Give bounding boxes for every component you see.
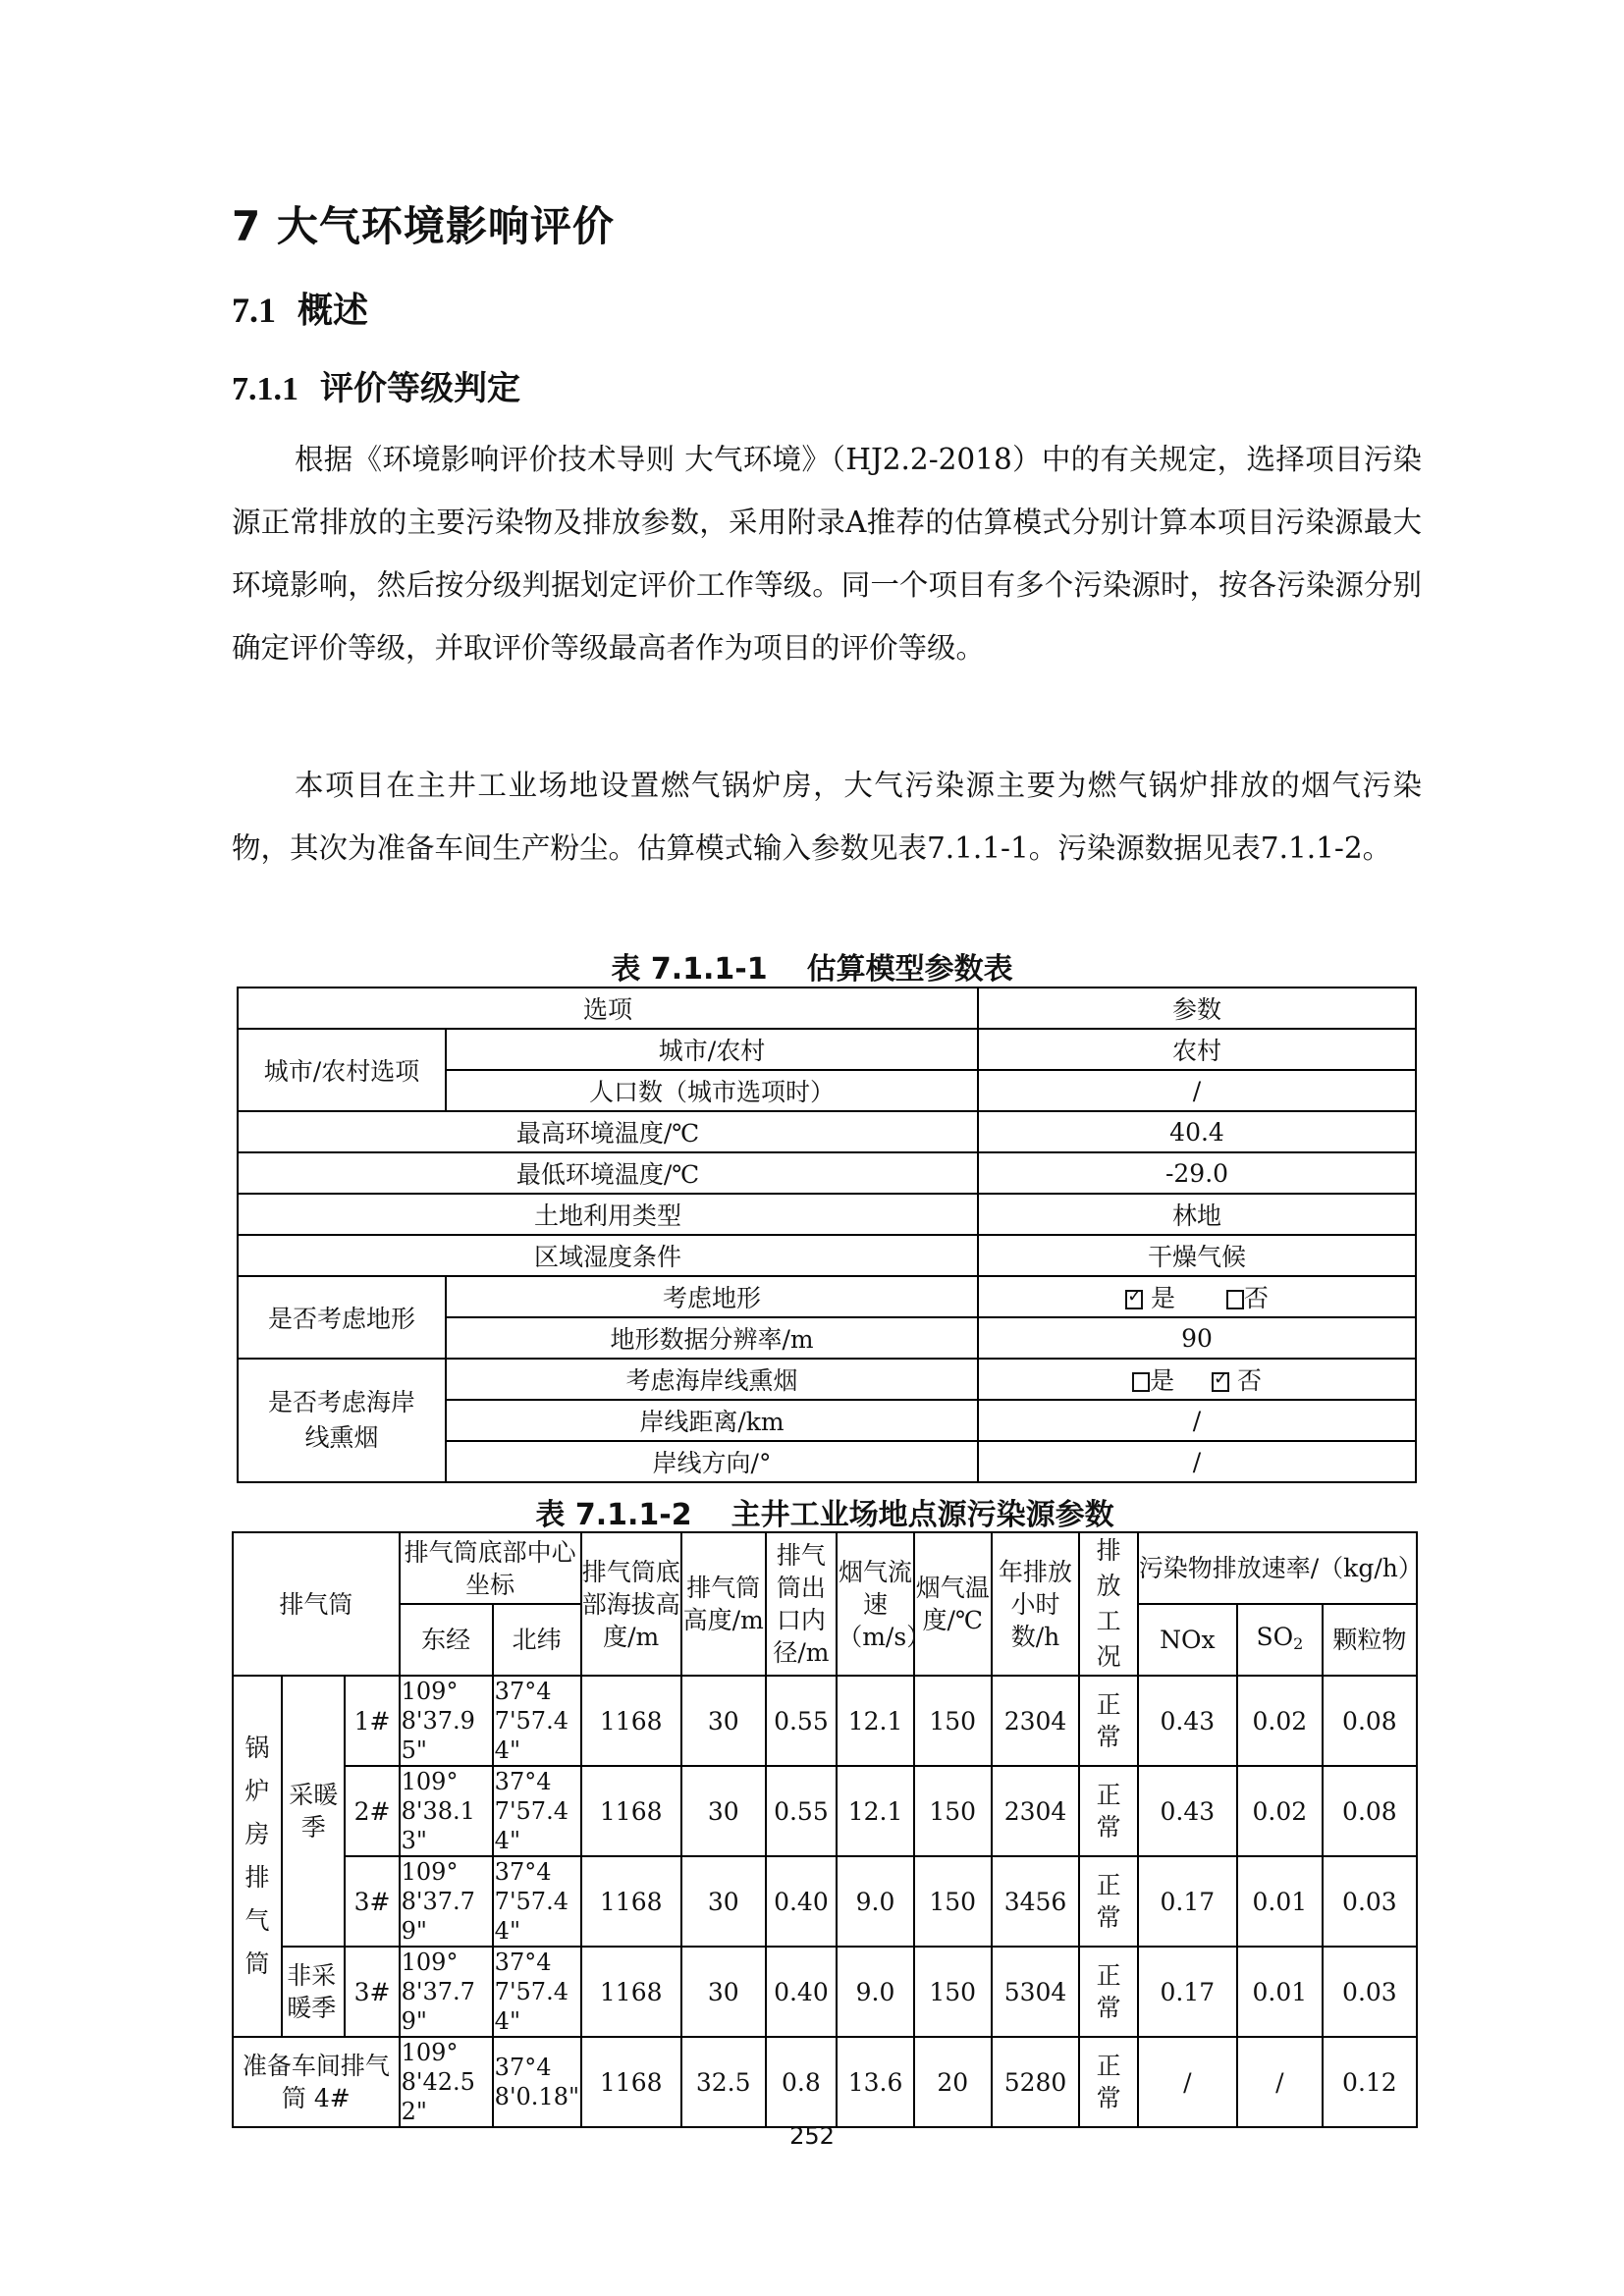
- header-east: 东经: [400, 1604, 493, 1676]
- value-landuse: 林地: [978, 1194, 1416, 1235]
- east-longitude: 109°8'37.95": [400, 1676, 493, 1766]
- group-nonheating: 非采暖季: [282, 1947, 345, 2037]
- gas-temperature: 150: [914, 1856, 992, 1947]
- header-velocity: 烟气流速（m/s）: [837, 1532, 914, 1676]
- label-min-temp: 最低环境温度/℃: [238, 1152, 978, 1194]
- table1-caption-title: 估算模型参数表: [807, 952, 1013, 987]
- base-elevation: 1168: [581, 1947, 681, 2037]
- table-row: 城市/农村选项 城市/农村 农村: [238, 1029, 1416, 1070]
- north-latitude: 37°47'57.44": [493, 1947, 581, 2037]
- value-coast-direction: /: [978, 1441, 1416, 1482]
- group-nonheating-text: 非采暖季: [287, 1959, 340, 2024]
- value-min-temp: -29.0: [978, 1152, 1416, 1194]
- stack-id: 2#: [345, 1766, 399, 1856]
- annual-hours: 5280: [992, 2037, 1080, 2127]
- table-row: 最高环境温度/℃ 40.4: [238, 1111, 1416, 1152]
- table2-caption: 表 7.1.1-2主井工业场地点源污染源参数: [232, 1490, 1418, 1533]
- condition: 正常: [1079, 1766, 1137, 1856]
- table-row: 2# 109°8'38.13" 37°47'57.44" 1168 30 0.5…: [233, 1766, 1417, 1856]
- annual-hours: 3456: [992, 1856, 1080, 1947]
- so2-rate: 0.02: [1237, 1766, 1323, 1856]
- terrain-no-label: 否: [1244, 1284, 1269, 1312]
- value-population: /: [978, 1070, 1416, 1111]
- label-coast-direction: 岸线方向/°: [446, 1441, 978, 1482]
- so2-label: SO: [1256, 1623, 1293, 1651]
- condition-text: 正常: [1096, 1959, 1121, 2024]
- header-diameter: 排气筒出口内径/m: [766, 1532, 838, 1676]
- group-urban-rural: 城市/农村选项: [238, 1029, 446, 1111]
- estimation-model-params-table: 选项 参数 城市/农村选项 城市/农村 农村 人口数（城市选项时） / 最高环境…: [237, 987, 1417, 1483]
- checkbox-unchecked-icon: [1132, 1372, 1150, 1392]
- so2-rate: 0.01: [1237, 1856, 1323, 1947]
- table-row: 区域湿度条件 干燥气候: [238, 1235, 1416, 1276]
- stack-diameter: 0.8: [766, 2037, 838, 2127]
- condition-text: 正常: [1096, 1779, 1121, 1843]
- nox-rate: /: [1138, 2037, 1237, 2127]
- condition-text: 正常: [1096, 1688, 1121, 1753]
- pm-rate: 0.12: [1323, 2037, 1417, 2127]
- label-population: 人口数（城市选项时）: [446, 1070, 978, 1111]
- coast-yes-label: 是: [1150, 1366, 1174, 1395]
- chapter-heading: 7 大气环境影响评价: [232, 194, 615, 253]
- base-elevation: 1168: [581, 1856, 681, 1947]
- label-terrain: 考虑地形: [446, 1276, 978, 1317]
- table-row: 非采暖季 3# 109°8'37.79" 37°47'57.44" 1168 3…: [233, 1947, 1417, 2037]
- table-row: 是否考虑地形 考虑地形 是 否: [238, 1276, 1416, 1317]
- group-heating-text: 采暖季: [287, 1779, 340, 1843]
- group-coastal-fumigation: 是否考虑海岸线熏烟: [238, 1359, 446, 1482]
- nox-rate: 0.43: [1138, 1766, 1237, 1856]
- stack-height: 30: [681, 1676, 766, 1766]
- stack-height: 30: [681, 1766, 766, 1856]
- value-urban-rural: 农村: [978, 1029, 1416, 1070]
- table-row: 锅炉房排气筒 采暖季 1# 109°8'37.95" 37°47'57.44" …: [233, 1676, 1417, 1766]
- header-condition: 排放工况: [1079, 1532, 1137, 1676]
- north-latitude: 37°48'0.18": [493, 2037, 581, 2127]
- header-option: 选项: [238, 988, 978, 1029]
- condition: 正常: [1079, 1676, 1137, 1766]
- pm-rate: 0.03: [1323, 1856, 1417, 1947]
- terrain-yes-label: 是: [1151, 1284, 1175, 1312]
- east-longitude: 109°8'42.52": [400, 2037, 493, 2127]
- header-nox: NOx: [1138, 1604, 1237, 1676]
- table2-caption-number: 表 7.1.1-2: [535, 1498, 691, 1532]
- annual-hours: 2304: [992, 1766, 1080, 1856]
- annual-hours: 5304: [992, 1947, 1080, 2037]
- section-number: 7.1: [232, 291, 276, 330]
- gas-temperature: 150: [914, 1676, 992, 1766]
- gas-temperature: 150: [914, 1947, 992, 2037]
- header-hours: 年排放小时数/h: [992, 1532, 1080, 1676]
- value-max-temp: 40.4: [978, 1111, 1416, 1152]
- group-boiler-text: 锅炉房排气筒: [244, 1727, 270, 1986]
- north-latitude: 37°47'57.44": [493, 1676, 581, 1766]
- gas-temperature: 150: [914, 1766, 992, 1856]
- subsection-heading: 7.1.1评价等级判定: [232, 361, 520, 409]
- header-base-elevation: 排气筒底部海拔高度/m: [581, 1532, 681, 1676]
- header-stack: 排气筒: [233, 1532, 400, 1676]
- nox-rate: 0.43: [1138, 1676, 1237, 1766]
- label-terrain-resolution: 地形数据分辨率/m: [446, 1317, 978, 1359]
- section-title: 概述: [298, 291, 368, 331]
- condition: 正常: [1079, 1947, 1137, 2037]
- east-longitude: 109°8'37.79": [400, 1856, 493, 1947]
- table2-caption-title: 主井工业场地点源污染源参数: [731, 1498, 1114, 1532]
- gas-velocity: 12.1: [837, 1676, 914, 1766]
- so2-subscript: 2: [1293, 1634, 1303, 1653]
- stack-diameter: 0.40: [766, 1856, 838, 1947]
- north-latitude: 37°47'57.44": [493, 1856, 581, 1947]
- annual-hours: 2304: [992, 1676, 1080, 1766]
- stack-diameter: 0.40: [766, 1947, 838, 2037]
- table-row: 最低环境温度/℃ -29.0: [238, 1152, 1416, 1194]
- gas-velocity: 12.1: [837, 1766, 914, 1856]
- subsection-number: 7.1.1: [232, 371, 298, 407]
- gas-temperature: 20: [914, 2037, 992, 2127]
- paragraph-project: 本项目在主井工业场地设置燃气锅炉房，大气污染源主要为燃气锅炉排放的烟气污染物，其…: [232, 754, 1422, 880]
- checkbox-unchecked-icon: [1226, 1290, 1244, 1309]
- nox-rate: 0.17: [1138, 1947, 1237, 2037]
- base-elevation: 1168: [581, 2037, 681, 2127]
- table-row: 准备车间排气筒 4# 109°8'42.52" 37°48'0.18" 1168…: [233, 2037, 1417, 2127]
- header-temperature: 烟气温度/℃: [914, 1532, 992, 1676]
- stack-id: 3#: [345, 1947, 399, 2037]
- coast-no-label: 否: [1237, 1366, 1262, 1395]
- subsection-title: 评价等级判定: [320, 369, 520, 408]
- table-header-row: 排气筒 排气筒底部中心坐标 排气筒底部海拔高度/m 排气筒高度/m 排气筒出口内…: [233, 1532, 1417, 1604]
- header-pm: 颗粒物: [1323, 1604, 1417, 1676]
- label-max-temp: 最高环境温度/℃: [238, 1111, 978, 1152]
- page-number: 252: [0, 2122, 1624, 2150]
- header-condition-text: 排放工况: [1096, 1533, 1121, 1675]
- so2-rate: /: [1237, 2037, 1323, 2127]
- condition-text: 正常: [1096, 2050, 1121, 2114]
- value-coastal: 是 否: [978, 1359, 1416, 1400]
- paragraph-intro: 根据《环境影响评价技术导则 大气环境》（HJ2.2-2018）中的有关规定，选择…: [232, 428, 1422, 679]
- label-landuse: 土地利用类型: [238, 1194, 978, 1235]
- header-emission-rate: 污染物排放速率/（kg/h）: [1138, 1532, 1417, 1604]
- gas-velocity: 9.0: [837, 1947, 914, 2037]
- condition: 正常: [1079, 2037, 1137, 2127]
- east-longitude: 109°8'37.79": [400, 1947, 493, 2037]
- pm-rate: 0.08: [1323, 1676, 1417, 1766]
- east-longitude: 109°8'38.13": [400, 1766, 493, 1856]
- group-boiler: 锅炉房排气筒: [233, 1676, 282, 2037]
- table-row: 土地利用类型 林地: [238, 1194, 1416, 1235]
- stack-diameter: 0.55: [766, 1676, 838, 1766]
- gas-velocity: 13.6: [837, 2037, 914, 2127]
- header-so2: SO2: [1237, 1604, 1323, 1676]
- group-coastal-fumigation-text: 是否考虑海岸线熏烟: [263, 1385, 420, 1456]
- table-row: 是否考虑海岸线熏烟 考虑海岸线熏烟 是 否: [238, 1359, 1416, 1400]
- stack-height: 30: [681, 1856, 766, 1947]
- so2-rate: 0.01: [1237, 1947, 1323, 2037]
- header-height: 排气筒高度/m: [681, 1532, 766, 1676]
- group-terrain: 是否考虑地形: [238, 1276, 446, 1359]
- north-latitude: 37°47'57.44": [493, 1766, 581, 1856]
- so2-rate: 0.02: [1237, 1676, 1323, 1766]
- table1-caption: 表 7.1.1-1估算模型参数表: [0, 944, 1624, 988]
- value-terrain: 是 否: [978, 1276, 1416, 1317]
- stack-diameter: 0.55: [766, 1766, 838, 1856]
- base-elevation: 1168: [581, 1676, 681, 1766]
- condition: 正常: [1079, 1856, 1137, 1947]
- checkbox-checked-icon: [1212, 1372, 1229, 1392]
- point-source-params-table: 排气筒 排气筒底部中心坐标 排气筒底部海拔高度/m 排气筒高度/m 排气筒出口内…: [232, 1531, 1418, 2128]
- label-coastal: 考虑海岸线熏烟: [446, 1359, 978, 1400]
- section-heading: 7.1概述: [232, 283, 368, 333]
- pm-rate: 0.03: [1323, 1947, 1417, 2037]
- group-workshop-text: 准备车间排气筒 4#: [243, 2050, 390, 2114]
- header-north: 北纬: [493, 1604, 581, 1676]
- header-param: 参数: [978, 988, 1416, 1029]
- label-coast-distance: 岸线距离/km: [446, 1400, 978, 1441]
- group-heating: 采暖季: [282, 1676, 345, 1947]
- stack-height: 30: [681, 1947, 766, 2037]
- table-header-row: 选项 参数: [238, 988, 1416, 1029]
- stack-id: 1#: [345, 1676, 399, 1766]
- label-humidity: 区域湿度条件: [238, 1235, 978, 1276]
- checkbox-checked-icon: [1125, 1290, 1143, 1309]
- group-workshop: 准备车间排气筒 4#: [233, 2037, 400, 2127]
- base-elevation: 1168: [581, 1766, 681, 1856]
- value-coast-distance: /: [978, 1400, 1416, 1441]
- table-row: 3# 109°8'37.79" 37°47'57.44" 1168 30 0.4…: [233, 1856, 1417, 1947]
- stack-id: 3#: [345, 1856, 399, 1947]
- nox-rate: 0.17: [1138, 1856, 1237, 1947]
- header-coord: 排气筒底部中心坐标: [400, 1532, 581, 1604]
- label-urban-rural: 城市/农村: [446, 1029, 978, 1070]
- gas-velocity: 9.0: [837, 1856, 914, 1947]
- value-humidity: 干燥气候: [978, 1235, 1416, 1276]
- value-terrain-resolution: 90: [978, 1317, 1416, 1359]
- stack-height: 32.5: [681, 2037, 766, 2127]
- table1-caption-number: 表 7.1.1-1: [611, 952, 767, 987]
- pm-rate: 0.08: [1323, 1766, 1417, 1856]
- condition-text: 正常: [1096, 1869, 1121, 1934]
